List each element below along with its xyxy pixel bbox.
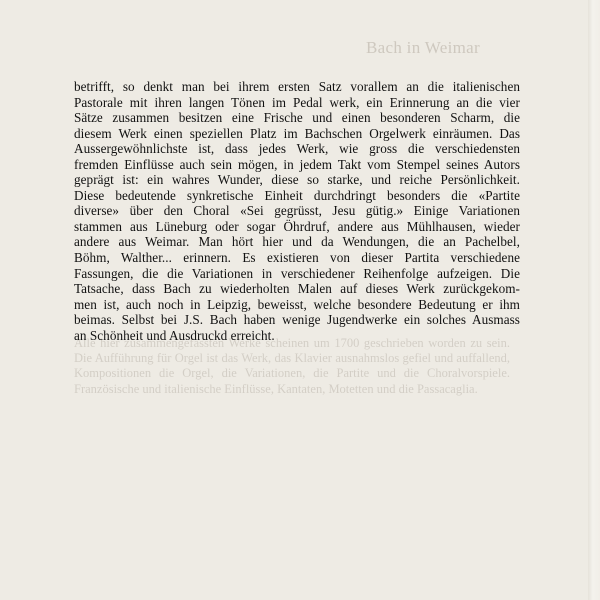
text-line: Fassungen, die die Variationen in versch… (74, 266, 520, 282)
text-line: diverse» über den Choral «Sei gegrüsst, … (74, 203, 520, 219)
text-line: Tatsache, dass Bach zu wiederholten Male… (74, 281, 520, 297)
text-line: diesem Werk einen speziellen Platz im Ba… (74, 126, 520, 142)
text-line: geprägt ist: ein wahres Wunder, diese so… (74, 172, 520, 188)
text-line: betrifft, so denkt man bei ihrem ersten … (74, 79, 520, 95)
bleed-through-body: Alle hier zusammengefassten Werke schein… (74, 336, 510, 397)
article-paragraph: betrifft, so denkt man bei ihrem ersten … (74, 79, 520, 343)
page-edge (588, 0, 600, 600)
text-line: Böhm, Walther... erinnern. Es existieren… (74, 250, 520, 266)
text-line: Aussergewöhnlichste ist, dass jedes Werk… (74, 141, 520, 157)
text-line: fremden Einflüsse auch sein mögen, in je… (74, 157, 520, 173)
text-line: andere aus Weimar. Man hört hier und da … (74, 234, 520, 250)
text-line: Diese bedeutende synkretische Einheit du… (74, 188, 520, 204)
text-line-last: an Schönheit und Ausdruckd erreicht. (74, 328, 520, 344)
bleed-through-heading: Bach in Weimar (366, 40, 480, 55)
text-line: Sätze zusammen besitzen eine Frische und… (74, 110, 520, 126)
text-line: men ist, auch noch in Leipzig, beweisst,… (74, 297, 520, 313)
text-line: stammen aus Lüneburg oder sogar Öhrdruf,… (74, 219, 520, 235)
text-line: beimas. Selbst bei J.S. Bach haben wenig… (74, 312, 520, 328)
text-line: Pastorale mit ihren langen Tönen im Peda… (74, 95, 520, 111)
